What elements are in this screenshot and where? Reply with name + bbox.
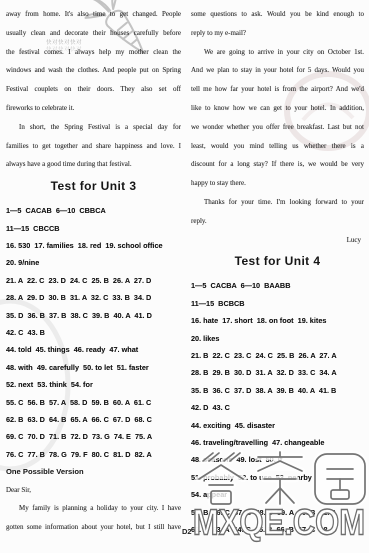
- essay-line: Festival couplets on their doors. They a…: [6, 80, 181, 99]
- left-column: away from home. It's also time to get ch…: [6, 0, 181, 537]
- answer-line: 11—15 CBCCB: [6, 220, 181, 237]
- answer-line: 1—5 CACBA 6—10 BAABB: [191, 277, 364, 294]
- letter-line: least, would you mind telling us whether…: [191, 137, 364, 156]
- letter-line: some questions to ask. Would you be kind…: [191, 5, 364, 24]
- letter-line: we wonder whether you offer free breakfa…: [191, 118, 364, 137]
- answer-line: 42. C 43. B: [6, 324, 181, 341]
- unit4-heading: Test for Unit 4: [191, 251, 364, 271]
- unit3-heading: Test for Unit 3: [6, 176, 181, 196]
- answer-line: 52. next 53. think 54. for: [6, 376, 181, 393]
- letter-line: And we plan to stay in your hotel for 5 …: [191, 61, 364, 80]
- letter-line: tell me how far your hotel is from the a…: [191, 80, 364, 99]
- essay-line: fireworks to celebrate it.: [6, 99, 181, 118]
- essay-line: always have a good time during that fest…: [6, 155, 181, 174]
- answer-line: 62. B 63. A 64. C 65. B 66. B 67. C 68. …: [191, 521, 364, 538]
- answer-line: 48. seasons 49. lost 50. if: [191, 451, 364, 468]
- unit4-answer-lines: 1—5 CACBA 6—10 BAABB11—15 BCBCB16. hate …: [191, 277, 364, 538]
- answer-line: 44. exciting 45. disaster: [191, 417, 364, 434]
- answer-line: 76. C 77. B 78. G 79. F 80. C 81. D 82. …: [6, 446, 181, 463]
- page-number: D2: [182, 527, 192, 536]
- letter-line: Lucy: [191, 231, 364, 250]
- answer-line: 51. probably 52. to use 53. nearby: [191, 469, 364, 486]
- answer-line: 42. D 43. C: [191, 399, 364, 416]
- answer-line: 35. D 36. B 37. B 38. C 39. B 40. A 41. …: [6, 307, 181, 324]
- answer-line: 54. appear: [191, 486, 364, 503]
- essay-line: the festival comes. I always help my mot…: [6, 43, 181, 62]
- essay-line: away from home. It's also time to get ch…: [6, 5, 181, 24]
- answer-line: 62. B 63. D 64. B 65. A 66. C 67. D 68. …: [6, 411, 181, 428]
- letter-line: Dear Sir,: [6, 481, 181, 500]
- answer-line: 48. with 49. carefully 50. to let 51. fa…: [6, 359, 181, 376]
- answer-line: 1—5 CACAB 6—10 CBBCA: [6, 202, 181, 219]
- answer-line: 35. B 36. C 37. D 38. A 39. B 40. A 41. …: [191, 382, 364, 399]
- right-column: some questions to ask. Would you be kind…: [191, 0, 364, 538]
- letter-line: reply.: [191, 212, 364, 231]
- essay-line: usually clean and decorate their houses …: [6, 24, 181, 43]
- letter-line: discount for a long stay? If there is, w…: [191, 155, 364, 174]
- answer-line: 46. traveling/travelling 47. changeable: [191, 434, 364, 451]
- answer-line: 20. likes: [191, 330, 364, 347]
- one-possible-version-label: One Possible Version: [6, 463, 181, 480]
- essay-line: families to get together and share happi…: [6, 137, 181, 156]
- letter-line: gotten some information about your hotel…: [6, 518, 181, 537]
- answer-line: 16. hate 17. short 18. on foot 19. kites: [191, 312, 364, 329]
- letter-line: We are going to arrive in your city on O…: [191, 43, 364, 62]
- answer-line: 21. B 22. C 23. C 24. C 25. B 26. A 27. …: [191, 347, 364, 364]
- answer-line: 21. A 22. C 23. D 24. C 25. B 26. A 27. …: [6, 272, 181, 289]
- answer-book-page: 快对快对快对 快对快对快对 away from home. It's also …: [0, 0, 369, 553]
- answer-line: 28. B 29. B 30. D 31. A 32. D 33. C 34. …: [191, 364, 364, 381]
- letter-lines: some questions to ask. Would you be kind…: [191, 5, 364, 249]
- answer-line: 20. 9/nine: [6, 254, 181, 271]
- letter-line: Thanks for your time. I'm looking forwar…: [191, 193, 364, 212]
- answer-line: 44. told 45. things 46. ready 47. what: [6, 341, 181, 358]
- letter-line: happy to stay there.: [191, 174, 364, 193]
- answer-line: 11—15 BCBCB: [191, 295, 364, 312]
- essay-line: In short, the Spring Festival is a speci…: [6, 118, 181, 137]
- letter-line: reply to my e-mail?: [191, 24, 364, 43]
- letter-line: My family is planning a holiday to your …: [6, 499, 181, 518]
- essay-line: windows and wash the clothes. And people…: [6, 61, 181, 80]
- answer-line: 28. A 29. D 30. B 31. A 32. C 33. B 34. …: [6, 289, 181, 306]
- unit3-answer-lines: 1—5 CACAB 6—10 CBBCA11—15 CBCCB16. 530 1…: [6, 202, 181, 463]
- answer-line: 55. C 56. B 57. A 58. D 59. B 60. A 61. …: [6, 394, 181, 411]
- essay-lines: away from home. It's also time to get ch…: [6, 5, 181, 174]
- answer-line: 69. C 70. D 71. B 72. D 73. G 74. E 75. …: [6, 428, 181, 445]
- letter-line: like to know how we can get to your hote…: [191, 99, 364, 118]
- letter-lines: Dear Sir,My family is planning a holiday…: [6, 481, 181, 537]
- answer-line: 16. 530 17. families 18. red 19. school …: [6, 237, 181, 254]
- answer-line: 55. B 56. C 57. C 58. D 59. A 60. B 61. …: [191, 504, 364, 521]
